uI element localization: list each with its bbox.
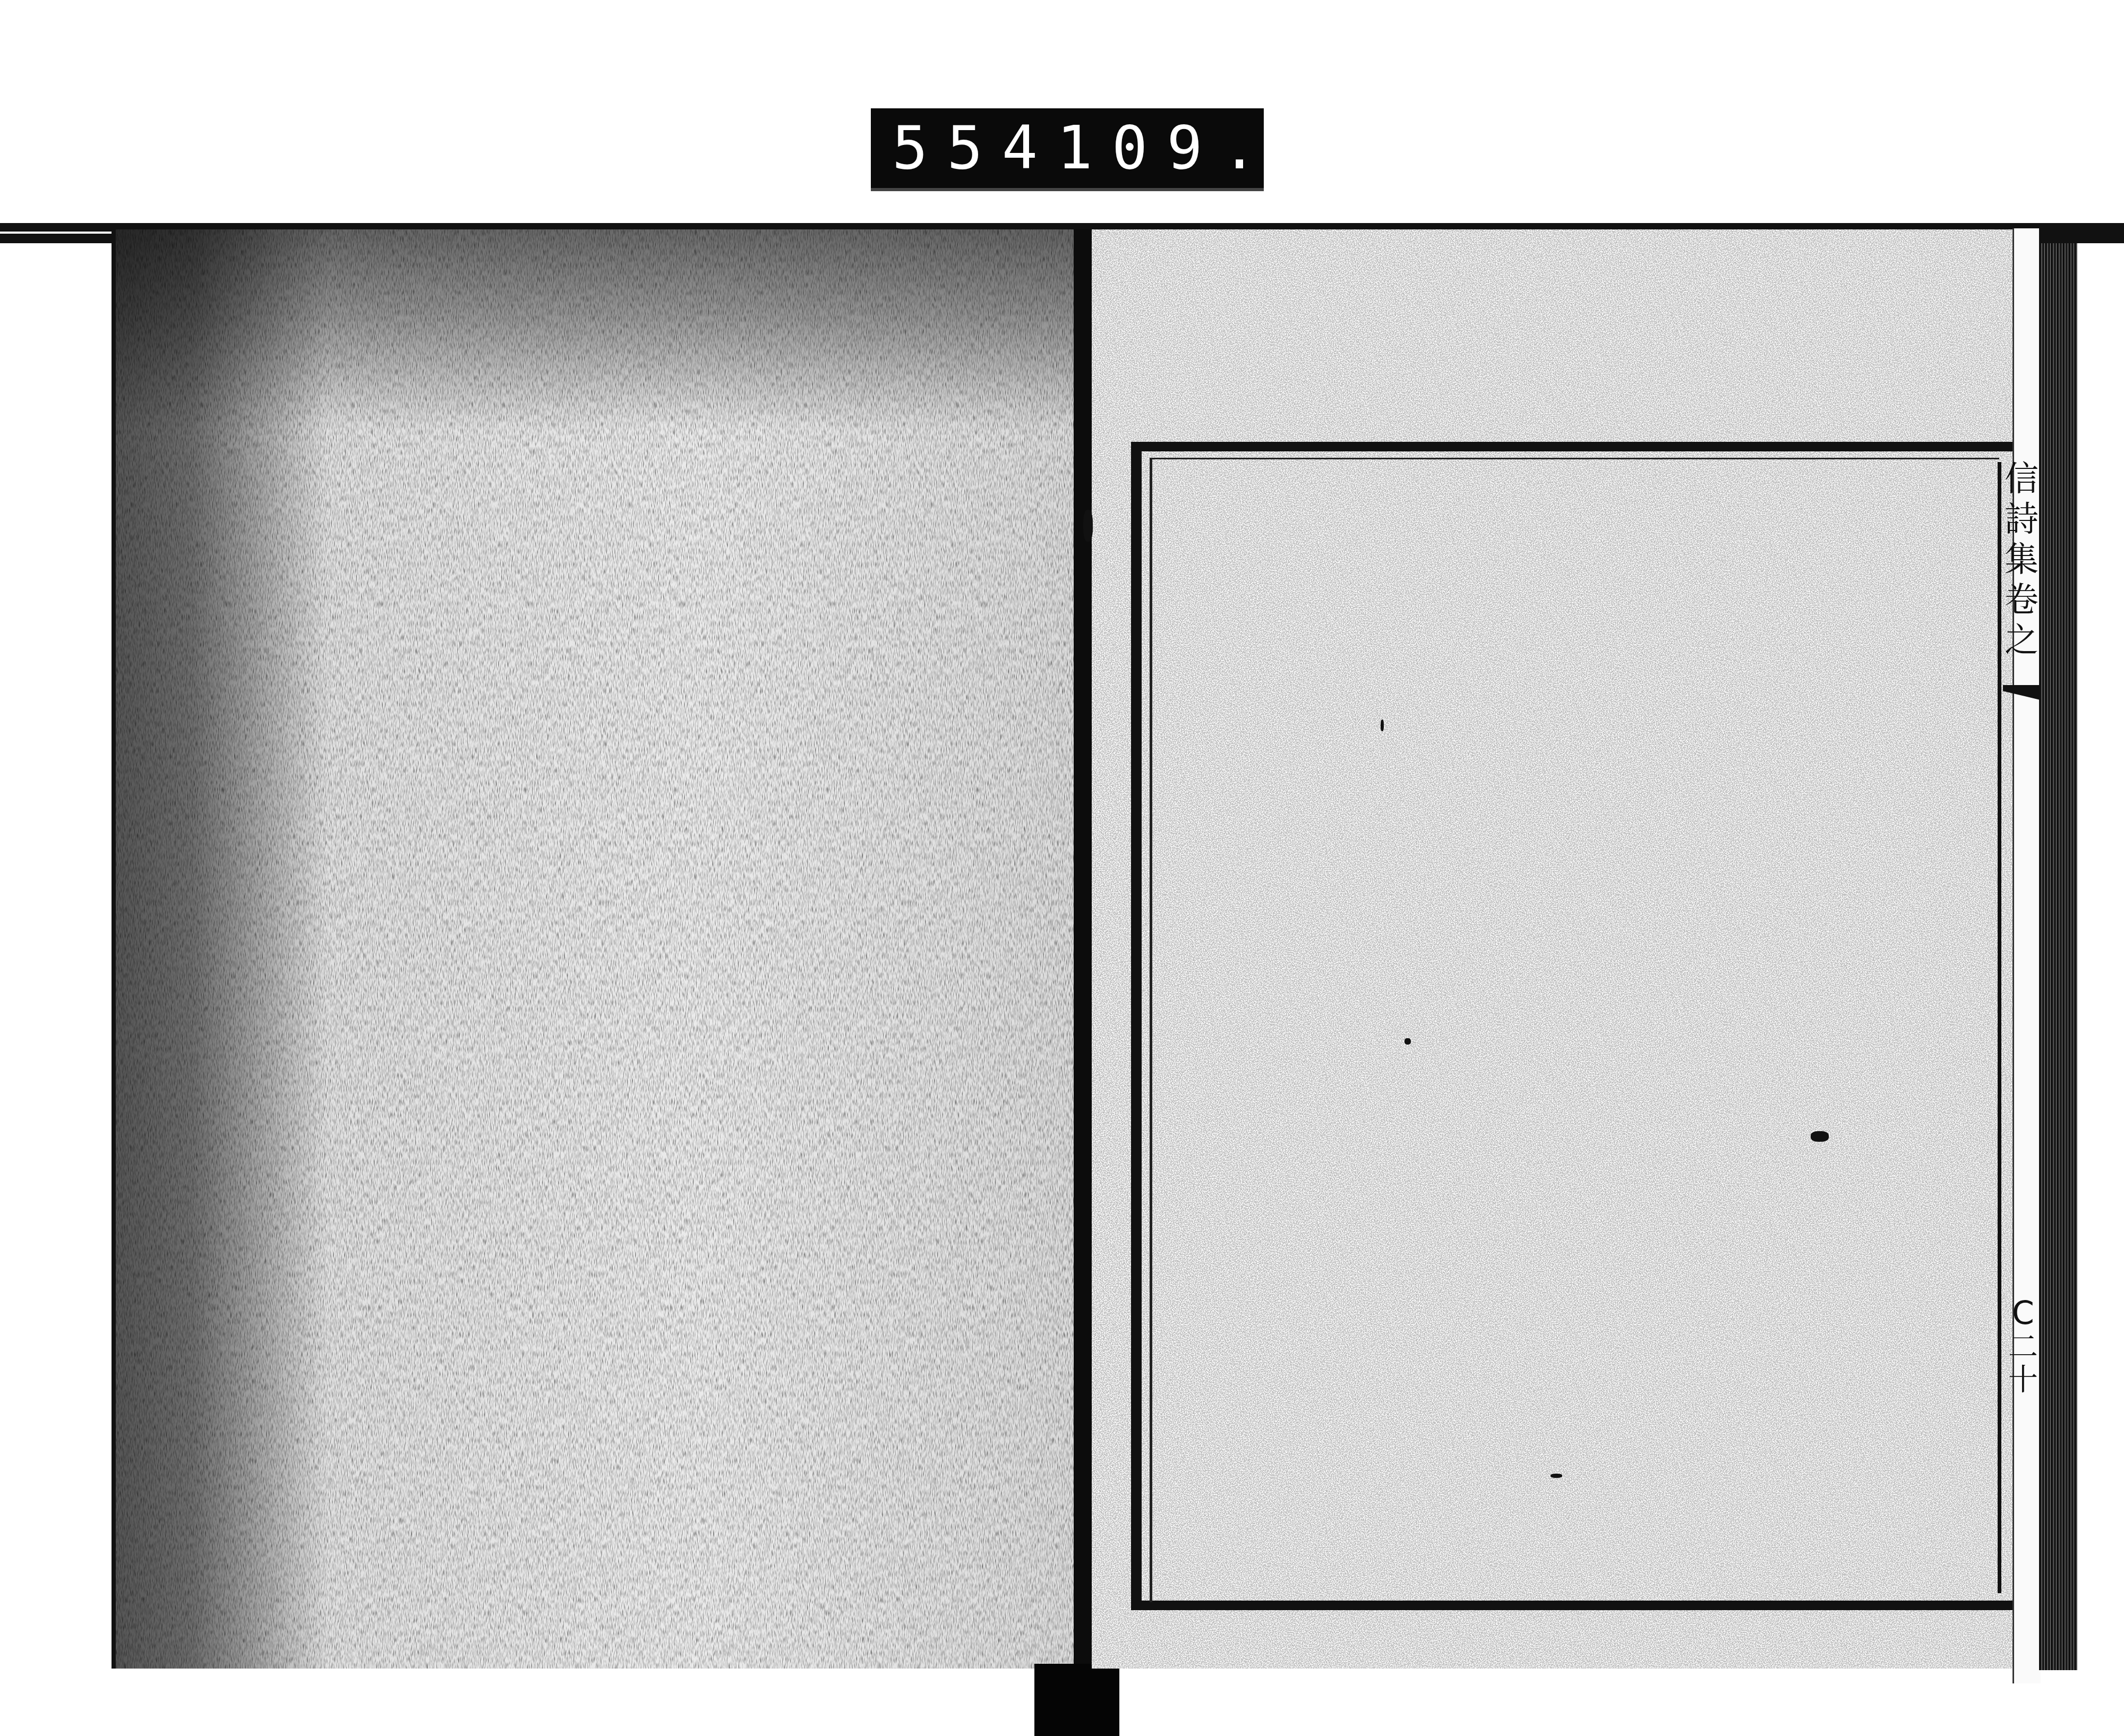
microfilm-frame-counter: 554 109. bbox=[871, 108, 1264, 191]
title-char: 信 bbox=[2005, 462, 2039, 496]
title-char: 詩 bbox=[2005, 502, 2039, 536]
folio-char: 十 bbox=[2008, 1364, 2038, 1397]
paper-grain-texture bbox=[116, 229, 1082, 1669]
title-char: 卷 bbox=[2005, 583, 2039, 617]
handwritten-mark: C bbox=[2012, 1296, 2034, 1331]
banxin-divider-line bbox=[1998, 462, 2001, 1593]
ink-speck bbox=[1381, 720, 1384, 731]
left-page-blank bbox=[112, 229, 1082, 1669]
banxin-strip bbox=[2012, 228, 2041, 1683]
folio-char: 二 bbox=[2008, 1331, 2038, 1364]
ink-speck bbox=[1811, 1131, 1829, 1142]
printed-inner-border bbox=[1150, 458, 1999, 1602]
ink-speck bbox=[1404, 1038, 1411, 1045]
reel-number: 554 bbox=[892, 114, 1057, 183]
gutter-shadow-block bbox=[1034, 1664, 1119, 1736]
title-char: 集 bbox=[2005, 543, 2039, 577]
ink-speck bbox=[1551, 1474, 1562, 1478]
binding-thread bbox=[1083, 510, 1093, 542]
page-stack-top bbox=[2039, 228, 2124, 243]
book-gutter bbox=[1074, 229, 1092, 1669]
frame-number: 109. bbox=[1057, 114, 1277, 183]
title-char: 之 bbox=[2005, 623, 2039, 657]
banxin-title: 信 詩 集 卷 之 bbox=[2003, 462, 2040, 657]
page-stack-edge bbox=[2039, 234, 2077, 1670]
scan-top-edge-left bbox=[0, 234, 122, 243]
folio-number: C 二 十 bbox=[2008, 1296, 2038, 1396]
